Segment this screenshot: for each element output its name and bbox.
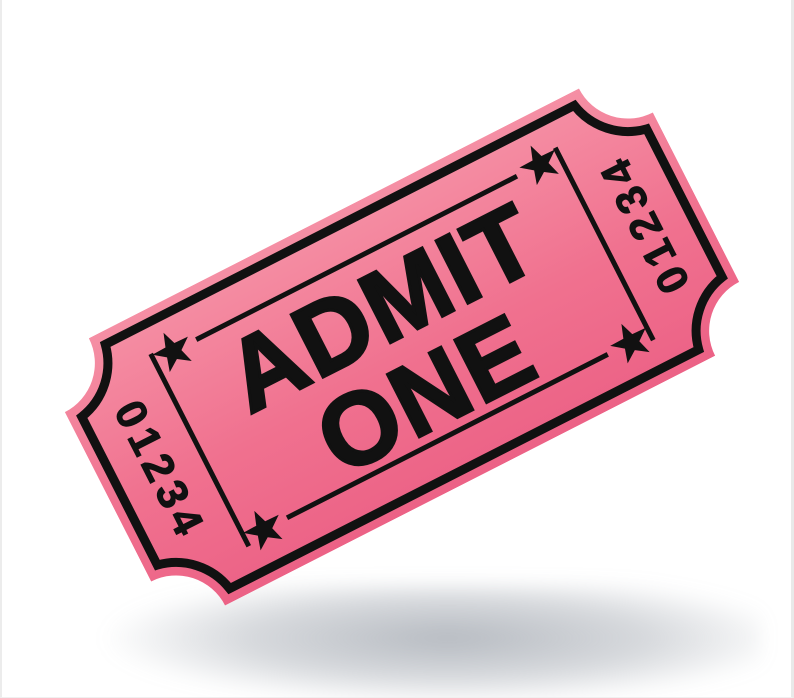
admit-one-ticket: 01234 01234 ADMIT ONE .big-text { stroke…	[40, 64, 764, 631]
ticket-graphic: 01234 01234 ADMIT ONE .big-text { stroke…	[40, 64, 764, 631]
image-canvas: 01234 01234 ADMIT ONE .big-text { stroke…	[0, 0, 794, 698]
